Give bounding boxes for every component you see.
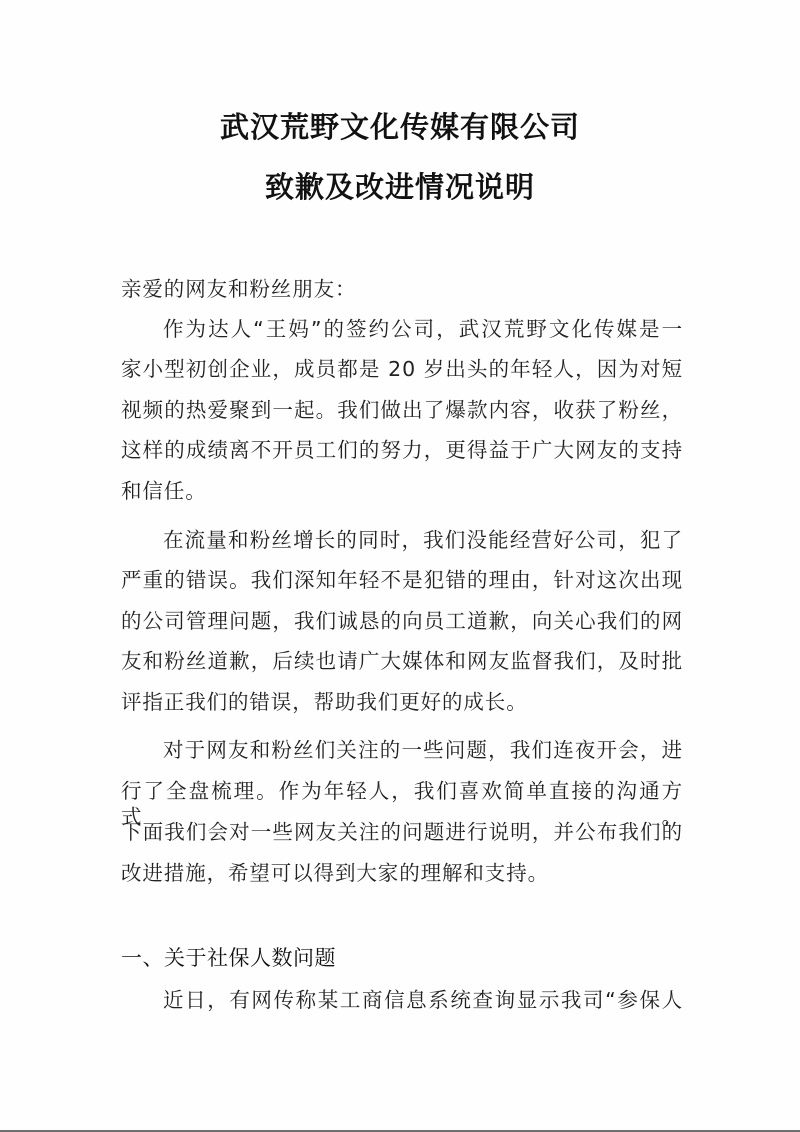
document-title: 致歉及改进情况说明 <box>0 170 800 204</box>
paragraph-1-line-4: 这样的成绩离不开员工们的努力，更得益于广大网友的支持 <box>121 437 683 463</box>
paragraph-3-line-1: 对于网友和粉丝们关注的一些问题，我们连夜开会，进 <box>163 737 683 763</box>
document-page: 武汉荒野文化传媒有限公司 致歉及改进情况说明 亲爱的网友和粉丝朋友： 作为达人“… <box>0 0 800 1130</box>
paragraph-3-line-3: 下面我们会对一些网友关注的问题进行说明，并公布我们的 <box>121 819 683 845</box>
paragraph-1-line-5: 和信任。 <box>121 478 683 504</box>
company-title: 武汉荒野文化传媒有限公司 <box>0 110 800 144</box>
paragraph-2-line-1: 在流量和粉丝增长的同时，我们没能经营好公司，犯了 <box>163 527 683 553</box>
section-1-line-1: 近日，有网传称某工商信息系统查询显示我司“参保人 <box>163 987 683 1013</box>
paragraph-2-line-2: 严重的错误。我们深知年轻不是犯错的理由，针对这次出现 <box>121 567 683 593</box>
paragraph-1-line-2: 家小型初创企业，成员都是 20 岁出头的年轻人，因为对短 <box>121 356 683 382</box>
paragraph-2-line-4: 友和粉丝道歉，后续也请广大媒体和网友监督我们，及时批 <box>121 648 683 674</box>
section-1-heading: 一、关于社保人数问题 <box>121 945 336 971</box>
paragraph-3-line-4: 改进措施，希望可以得到大家的理解和支持。 <box>121 860 683 886</box>
paragraph-2-line-5: 评指正我们的错误，帮助我们更好的成长。 <box>121 689 683 715</box>
paragraph-2-line-3: 的公司管理问题，我们诚恳的向员工道歉，向关心我们的网 <box>121 608 683 634</box>
salutation: 亲爱的网友和粉丝朋友： <box>121 276 683 302</box>
paragraph-1-line-1: 作为达人“王妈”的签约公司，武汉荒野文化传媒是一 <box>163 316 683 342</box>
paragraph-1-line-3: 视频的热爱聚到一起。我们做出了爆款内容，收获了粉丝， <box>121 397 683 423</box>
